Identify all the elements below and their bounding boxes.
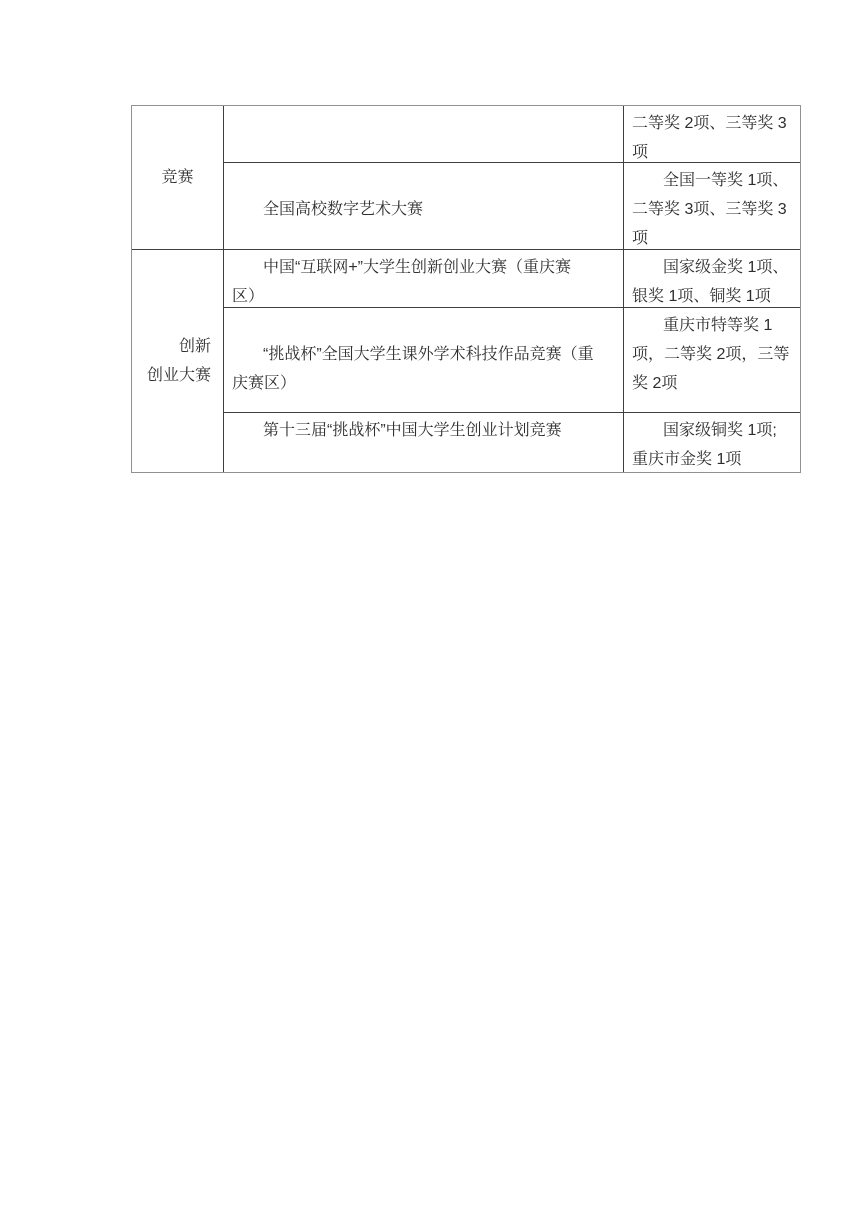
- competition-cell-row2: 全国高校数字艺术大赛: [224, 163, 624, 250]
- category-label-innovation: 创新 创业大赛: [147, 332, 223, 390]
- competition-cell-row4: “挑战杯”全国大学生课外学术科技作品竞赛（重 庆赛区）: [224, 308, 624, 413]
- award-cell-row1: 二等奖 2项、三等奖 3 项: [624, 106, 800, 163]
- category-label-competition: 竞赛: [161, 163, 193, 192]
- award-cell-row4: 重庆市特等奖 1 项，二等奖 2项，三等 奖 2项: [624, 308, 800, 413]
- award-cell-row5: 国家级铜奖 1项; 重庆市金奖 1项: [624, 413, 800, 472]
- category-cell-competition: 竞赛: [132, 106, 224, 250]
- awards-table: 竞赛 二等奖 2项、三等奖 3 项 全国高校数字艺术大赛 全国一等奖 1项、 二…: [131, 105, 801, 473]
- competition-cell-row1-empty: [224, 106, 624, 163]
- category-cell-innovation: 创新 创业大赛: [132, 250, 224, 472]
- competition-cell-row3: 中国“互联网+”大学生创新创业大赛（重庆赛 区）: [224, 250, 624, 308]
- competition-cell-row5: 第十三届“挑战杯”中国大学生创业计划竞赛: [224, 413, 624, 472]
- document-page: 竞赛 二等奖 2项、三等奖 3 项 全国高校数字艺术大赛 全国一等奖 1项、 二…: [0, 0, 864, 1222]
- award-cell-row3: 国家级金奖 1项、 银奖 1项、铜奖 1项: [624, 250, 800, 308]
- award-cell-row2: 全国一等奖 1项、 二等奖 3项、三等奖 3 项: [624, 163, 800, 250]
